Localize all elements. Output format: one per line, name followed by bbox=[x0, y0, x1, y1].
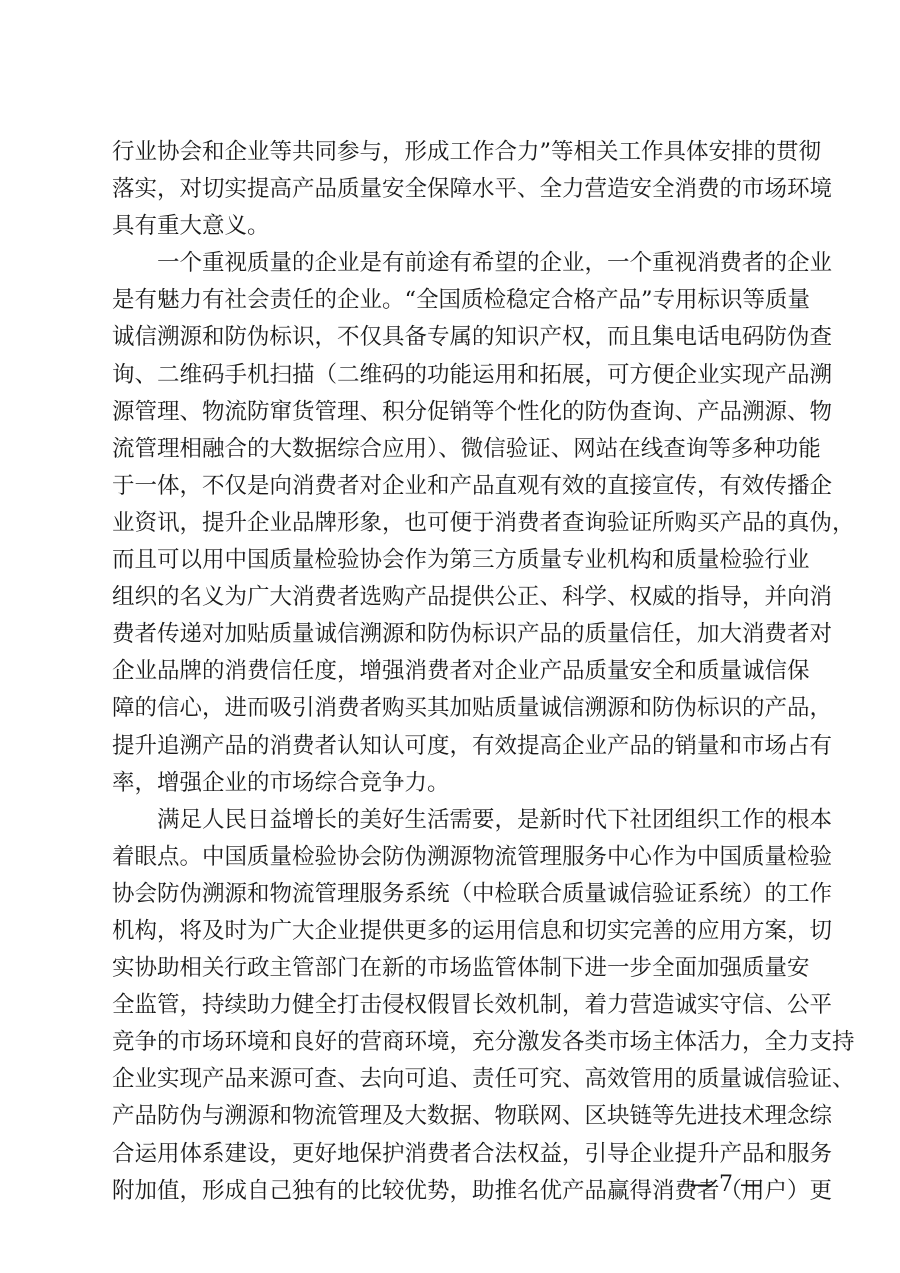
text-line: 于一体，不仅是向消费者对企业和产品直观有效的直接宣传，有效传播企 bbox=[112, 468, 788, 505]
text-line: 落实，对切实提高产品质量安全保障水平、全力营造安全消费的市场环境 bbox=[112, 171, 788, 208]
text-line: 组织的名义为广大消费者选购产品提供公正、科学、权威的指导，并向消 bbox=[112, 579, 788, 616]
text-line: 率，增强企业的市场综合竞争力。 bbox=[112, 765, 788, 802]
text-line: 而且可以用中国质量检验协会作为第三方质量专业机构和质量检验行业 bbox=[112, 542, 788, 579]
text-line: 业资讯，提升企业品牌形象，也可便于消费者查询验证所购买产品的真伪， bbox=[112, 505, 788, 542]
text-line: 合运用体系建设，更好地保护消费者合法权益，引导企业提升产品和服务 bbox=[112, 1136, 788, 1173]
text-line: 源管理、物流防窜货管理、积分促销等个性化的防伪查询、产品溯源、物 bbox=[112, 394, 788, 431]
text-line: 询、二维码手机扫描（二维码的功能运用和拓展，可方便企业实现产品溯 bbox=[112, 357, 788, 394]
text-line: 企业实现产品来源可查、去向可追、责任可究、高效管用的质量诚信验证、 bbox=[112, 1061, 788, 1098]
body-text: 行业协会和企业等共同参与，形成工作合力”等相关工作具体安排的贯彻 落实，对切实提… bbox=[112, 134, 788, 1210]
text-line: 协会防伪溯源和物流管理服务系统（中检联合质量诚信验证系统）的工作 bbox=[112, 876, 788, 913]
text-line: 具有重大意义。 bbox=[112, 208, 788, 245]
text-line: 是有魅力有社会责任的企业。“全国质检稳定合格产品”专用标识等质量 bbox=[112, 282, 788, 319]
text-line: 竞争的市场环境和良好的营商环境，充分激发各类市场主体活力，全力支持 bbox=[112, 1024, 788, 1061]
text-line: 着眼点。中国质量检验协会防伪溯源物流管理服务中心作为中国质量检验 bbox=[112, 839, 788, 876]
text-line: 一个重视质量的企业是有前途有希望的企业，一个重视消费者的企业 bbox=[112, 245, 788, 282]
page-number: — 7 — bbox=[680, 1170, 772, 1200]
text-line: 提升追溯产品的消费者认知认可度，有效提高企业产品的销量和市场占有 bbox=[112, 728, 788, 765]
text-line: 企业品牌的消费信任度，增强消费者对企业产品质量安全和质量诚信保 bbox=[112, 653, 788, 690]
text-line: 费者传递对加贴质量诚信溯源和防伪标识产品的质量信任，加大消费者对 bbox=[112, 616, 788, 653]
document-page: 行业协会和企业等共同参与，形成工作合力”等相关工作具体安排的贯彻 落实，对切实提… bbox=[0, 0, 900, 1273]
text-line: 流管理相融合的大数据综合应用）、微信验证、网站在线查询等多种功能 bbox=[112, 431, 788, 468]
text-line: 机构，将及时为广大企业提供更多的运用信息和切实完善的应用方案，切 bbox=[112, 913, 788, 950]
text-line: 产品防伪与溯源和物流管理及大数据、物联网、区块链等先进技术理念综 bbox=[112, 1098, 788, 1135]
text-line: 行业协会和企业等共同参与，形成工作合力”等相关工作具体安排的贯彻 bbox=[112, 134, 788, 171]
text-line: 实协助相关行政主管部门在新的市场监管体制下进一步全面加强质量安 bbox=[112, 950, 788, 987]
text-line: 满足人民日益增长的美好生活需要，是新时代下社团组织工作的根本 bbox=[112, 802, 788, 839]
text-line: 全监管，持续助力健全打击侵权假冒长效机制，着力营造诚实守信、公平 bbox=[112, 987, 788, 1024]
text-line: 障的信心，进而吸引消费者购买其加贴质量诚信溯源和防伪标识的产品， bbox=[112, 690, 788, 727]
text-line: 诚信溯源和防伪标识，不仅具备专属的知识产权，而且集电话电码防伪查 bbox=[112, 319, 788, 356]
